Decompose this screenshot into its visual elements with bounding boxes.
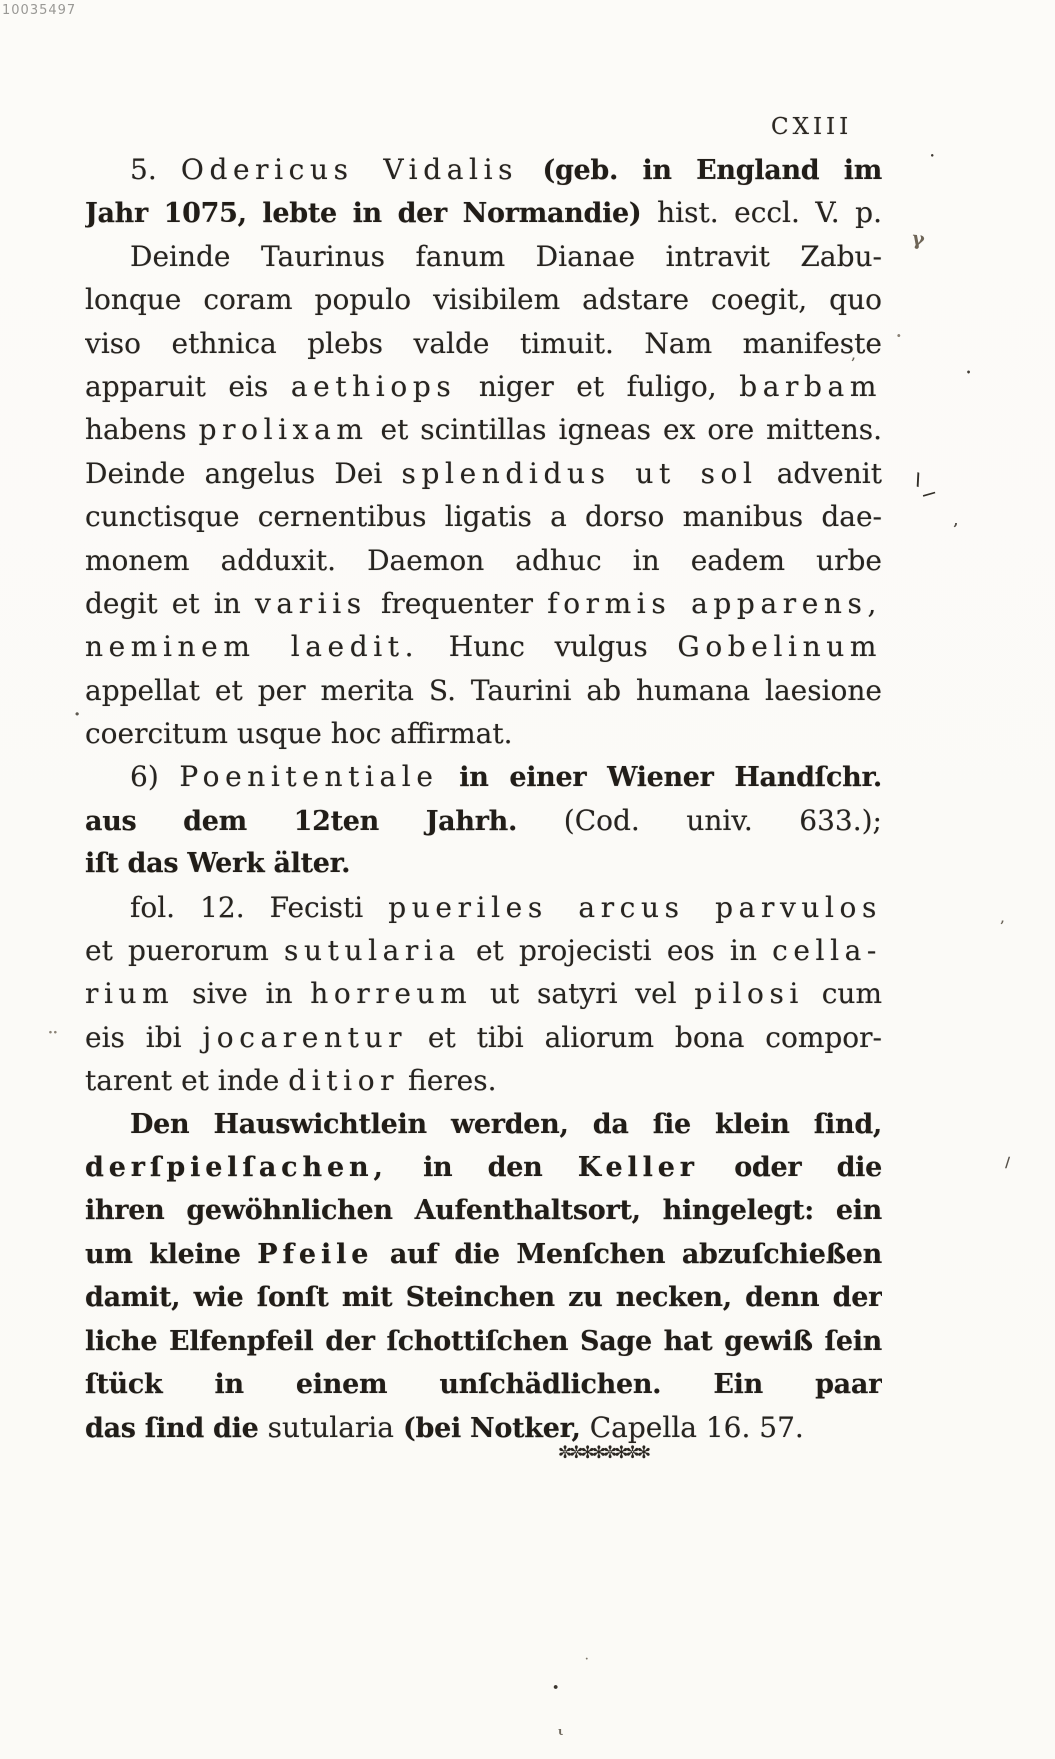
text-segment-fr: oder die xyxy=(699,1152,882,1183)
scan-mark: • xyxy=(966,368,971,376)
scan-mark: ·· xyxy=(48,1026,58,1040)
text-line: degit et in variis frequenter formis app… xyxy=(85,582,882,625)
text-segment-fr: liche Elfenpfeil der ſchottiſchen Sage h… xyxy=(85,1326,882,1363)
text-segment-la: cunctisque cernentibus ligatis a dorso m… xyxy=(85,500,882,533)
text-segment-la: frequenter xyxy=(367,587,547,620)
text-segment-sp: splendidus ut sol xyxy=(402,457,758,490)
text-segment-la: et puerorum xyxy=(85,934,284,967)
text-line: rium sive in horreum ut satyri vel pilos… xyxy=(85,972,882,1015)
text-segment-la: degit et in xyxy=(85,587,255,620)
text-line: ſtück in einem unſchädlichen. Ein paar K… xyxy=(85,1363,882,1406)
text-segment-sp: ditior xyxy=(288,1064,399,1097)
text-segment-sp: aethiops xyxy=(291,370,456,403)
text-segment-fr: Jahr 1075, lebte in der Normandie) xyxy=(85,198,657,229)
text-segment-frsp: Keller xyxy=(578,1152,699,1183)
text-segment-la: sutularia xyxy=(268,1411,394,1444)
text-segment-sp: variis xyxy=(255,587,367,620)
text-segment-la: habens xyxy=(85,413,199,446)
text-segment-fr: damit, wie ſonſt mit Steinchen zu necken… xyxy=(85,1282,882,1319)
text-segment-sp: sutularia xyxy=(284,934,461,967)
text-segment-la: 5. xyxy=(130,153,181,186)
text-segment-la: sive in xyxy=(174,977,310,1010)
text-line: habens prolixam et scintillas igneas ex … xyxy=(85,408,882,451)
text-segment-sp: pilosi xyxy=(694,977,804,1010)
text-segment-sp: barbam xyxy=(739,370,882,403)
text-line: 6) Poenitentiale in einer Wiener Handſch… xyxy=(85,755,882,798)
text-segment-fr: ſtück in einem unſchädlichen. Ein paar xyxy=(85,1369,882,1400)
text-segment-frsp: derſpielſachen, xyxy=(85,1152,388,1183)
text-segment-la: (Cod. univ. 633.); xyxy=(564,804,882,837)
text-segment-la: et tibi aliorum bona compor- xyxy=(407,1021,882,1054)
scan-mark: γ xyxy=(911,229,925,249)
text-segment-fr: Den Hauswichtlein werden, da ſie klein ſ… xyxy=(130,1109,882,1140)
text-line: derſpielſachen, in den Keller oder die S… xyxy=(85,1146,882,1189)
text-line: viso ethnica plebs valde timuit. Nam man… xyxy=(85,322,882,365)
scan-mark: · xyxy=(585,1655,588,1665)
text-line: et puerorum sutularia et projecisti eos … xyxy=(85,929,882,972)
scan-mark: • xyxy=(930,152,934,159)
scan-mark: — xyxy=(920,485,937,502)
text-segment-la: Hunc vulgus xyxy=(419,630,677,663)
text-line: 5. Odericus Vidalis (geb. in England im xyxy=(85,148,882,191)
text-segment-la: appellat et per merita S. Taurini ab hum… xyxy=(85,674,882,707)
text-segment-la: fieres. xyxy=(399,1064,496,1097)
text-segment-sp: formis apparens, xyxy=(547,587,882,620)
text-line: das ſind die sutularia (bei Notker, Cape… xyxy=(85,1406,882,1449)
text-line: tarent et inde ditior fieres. xyxy=(85,1059,882,1102)
text-segment-sp: Poenitentiale xyxy=(179,760,438,793)
scan-mark: · xyxy=(896,328,902,344)
text-line: um kleine Pfeile auf die Menſchen abzuſc… xyxy=(85,1233,882,1276)
text-segment-frsp: Pfeile xyxy=(257,1239,373,1270)
text-segment-la: coercitum usque hoc affirmat. xyxy=(85,717,513,750)
text-line: iſt das Werk älter. xyxy=(85,842,882,885)
text-segment-la: eis ibi xyxy=(85,1021,202,1054)
text-segment-la: lonque coram populo visibilem adstare co… xyxy=(85,283,882,316)
text-line: monem adduxit. Daemon adhuc in eadem urb… xyxy=(85,539,882,582)
text-segment-sp: Gobelinum xyxy=(677,630,882,663)
text-line: neminem laedit. Hunc vulgus Gobelinum xyxy=(85,625,882,668)
text-line: cunctisque cernentibus ligatis a dorso m… xyxy=(85,495,882,538)
text-line: Den Hauswichtlein werden, da ſie klein ſ… xyxy=(85,1103,882,1146)
text-segment-la: monem adduxit. Daemon adhuc in eadem urb… xyxy=(85,544,882,577)
text-segment-la: 6) xyxy=(130,760,179,793)
text-line: fol. 12. Fecisti pueriles arcus parvulos xyxy=(85,886,882,929)
text-segment-sp: rium xyxy=(85,977,174,1010)
footer-asterisk-ornament: ✼✼✻✻✼✻✼✻ xyxy=(558,1443,648,1463)
text-segment-la: niger et fuligo, xyxy=(456,370,739,403)
text-segment-la: ut satyri vel xyxy=(472,977,694,1010)
text-segment-la: tarent et inde xyxy=(85,1064,288,1097)
scan-mark: ∕ xyxy=(1005,1156,1010,1170)
scan-mark: • xyxy=(551,1681,560,1693)
text-segment-la: apparuit eis xyxy=(85,370,291,403)
text-line: damit, wie ſonſt mit Steinchen zu necken… xyxy=(85,1276,882,1319)
text-segment-fr: um kleine xyxy=(85,1239,257,1270)
text-segment-la: viso ethnica plebs valde timuit. Nam man… xyxy=(85,327,882,360)
scan-mark: · xyxy=(74,706,80,724)
text-line: eis ibi jocarentur et tibi aliorum bona … xyxy=(85,1016,882,1059)
text-segment-fr: iſt das Werk älter. xyxy=(85,848,350,879)
text-segment-fr: in den xyxy=(388,1152,578,1183)
text-segment-fr: ihren gewöhnlichen Aufenthaltsort, hinge… xyxy=(85,1195,882,1226)
scan-mark: ’ xyxy=(953,522,958,537)
text-line: appellat et per merita S. Taurini ab hum… xyxy=(85,669,882,712)
text-line: coercitum usque hoc affirmat. xyxy=(85,712,882,755)
text-segment-la: et projecisti eos in xyxy=(461,934,772,967)
text-segment-la: Deinde Taurinus fanum Dianae intravit Za… xyxy=(130,240,882,273)
text-segment-fr: (geb. in England im xyxy=(518,155,882,186)
text-segment-la: fol. 12. Fecisti xyxy=(130,891,388,924)
text-line: lonque coram populo visibilem adstare co… xyxy=(85,278,882,321)
text-segment-la: cum xyxy=(804,977,882,1010)
page-text-block: 5. Odericus Vidalis (geb. in England imJ… xyxy=(85,148,882,1450)
text-line: aus dem 12ten Jahrh. (Cod. univ. 633.); … xyxy=(85,799,882,842)
text-segment-fr: (bei Notker, xyxy=(394,1413,590,1444)
text-segment-sp: cella- xyxy=(772,934,882,967)
scan-mark: ι xyxy=(558,1726,563,1737)
text-line: apparuit eis aethiops niger et fuligo, b… xyxy=(85,365,882,408)
scan-mark: ’ xyxy=(1000,920,1005,933)
text-segment-fr: in einer Wiener Handſchr. xyxy=(439,762,882,793)
page-number-roman: CXIII xyxy=(771,114,852,140)
text-segment-la: et scintillas igneas ex ore mittens. xyxy=(369,413,882,446)
text-segment-la: advenit xyxy=(758,457,882,490)
text-segment-fr: aus dem 12ten Jahrh. xyxy=(85,806,564,837)
text-segment-sp: pueriles arcus parvulos xyxy=(388,891,882,924)
scanned-book-page: 10035497 CXIII 5. Odericus Vidalis (geb.… xyxy=(0,0,1055,1759)
scan-id-number: 10035497 xyxy=(2,3,76,18)
text-segment-fr: das ſind die xyxy=(85,1413,268,1444)
text-line: liche Elfenpfeil der ſchottiſchen Sage h… xyxy=(85,1320,882,1363)
text-line: Deinde angelus Dei splendidus ut sol adv… xyxy=(85,452,882,495)
text-segment-la: Deinde angelus Dei xyxy=(85,457,402,490)
text-line: Deinde Taurinus fanum Dianae intravit Za… xyxy=(85,235,882,278)
scan-mark: ∖ xyxy=(910,471,925,490)
text-segment-sp: horreum xyxy=(310,977,472,1010)
text-line: ihren gewöhnlichen Aufenthaltsort, hinge… xyxy=(85,1189,882,1232)
text-segment-sp: Odericus Vidalis xyxy=(181,153,518,186)
text-segment-sp: neminem laedit. xyxy=(85,630,419,663)
text-segment-sp: prolixam xyxy=(199,413,369,446)
text-segment-sp: jocarentur xyxy=(202,1021,407,1054)
text-line: Jahr 1075, lebte in der Normandie) hist.… xyxy=(85,191,882,234)
text-segment-la: Capella 16. 57. xyxy=(590,1411,804,1444)
